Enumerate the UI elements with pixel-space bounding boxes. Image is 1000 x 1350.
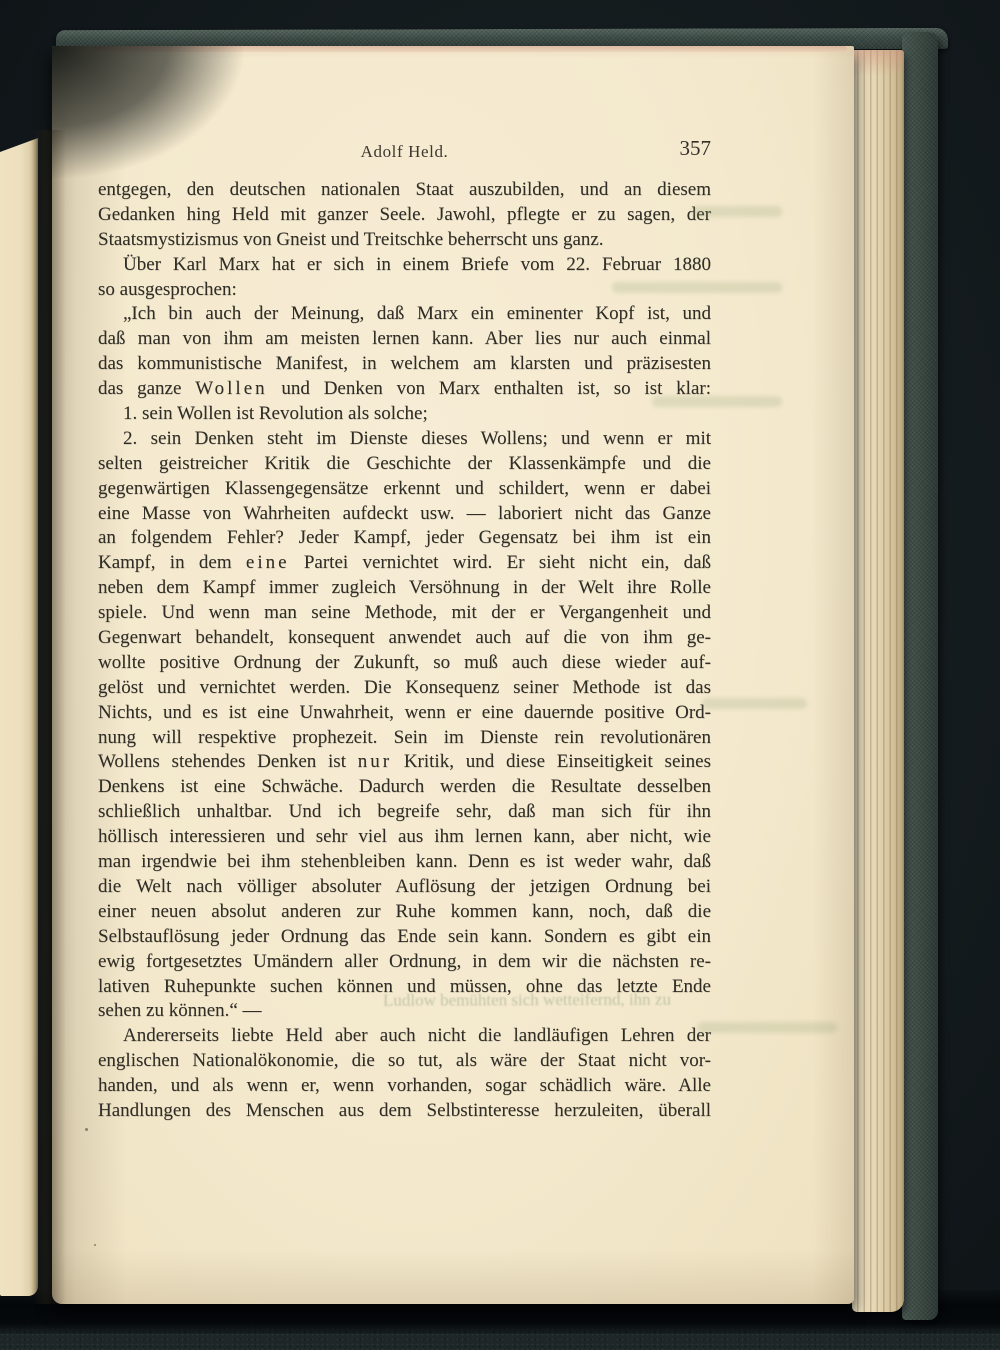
text-line: Andererseits liebte Held aber auch nicht…: [98, 1024, 711, 1049]
bleedthrough-smudge: [652, 396, 782, 407]
text-line: Nichts, und es ist eine Unwahrheit, wenn…: [98, 701, 711, 726]
text-line: ewig fortgesetztes Umändern aller Ordnun…: [98, 950, 711, 975]
text-line: 2. sein Denken steht im Dienste dieses W…: [98, 427, 711, 452]
text-line: handen, und als wenn er, wenn vorhanden,…: [98, 1074, 711, 1099]
text-line: gegenwärtigen Klassengegensätze erkennt …: [98, 477, 711, 502]
body-text: entgegen, den deutschen nationalen Staat…: [98, 178, 711, 1124]
text-line: neben dem Kampf immer zugleich Versöhnun…: [98, 576, 711, 601]
gutter-shadow: [32, 130, 66, 1304]
ink-speck: [94, 1244, 96, 1246]
text-line: Kampf, in dem eine Partei vernichtet wir…: [98, 551, 711, 576]
page-stack-fore-edge: [852, 50, 904, 1312]
page-number: 357: [98, 136, 711, 161]
text-line: wollte positive Ordnung der Zukunft, so …: [98, 651, 711, 676]
text-line: Staatsmystizismus von Gneist und Treitsc…: [98, 228, 711, 253]
text-line: Gegenwart behandelt, konsequent anwendet…: [98, 626, 711, 651]
bleedthrough-smudge: [702, 698, 807, 709]
bleedthrough-text: Ludlow bemühten sich wetteifernd, ihn zu: [383, 989, 813, 1011]
text-line: „Ich bin auch der Meinung, daß Marx ein …: [98, 302, 711, 327]
text-line: 1. sein Wollen ist Revolution als solche…: [98, 402, 711, 427]
text-line: eine Masse von Wahrheiten aufdeckt usw. …: [98, 502, 711, 527]
text-line: Über Karl Marx hat er sich in einem Brie…: [98, 253, 711, 278]
book-cover-right-edge: [902, 32, 938, 1320]
text-line: die Welt nach völliger absoluter Auflösu…: [98, 875, 711, 900]
text-line: selten geistreicher Kritik die Geschicht…: [98, 452, 711, 477]
text-line: Wollens stehendes Denken ist nur Kritik,…: [98, 750, 711, 775]
bleedthrough-smudge: [612, 282, 782, 293]
scanned-book-photo: Adolf Held. 357 entgegen, den deutschen …: [0, 0, 1000, 1350]
text-line: schließlich unhaltbar. Und ich begreife …: [98, 800, 711, 825]
text-line: das kommunistische Manifest, in welchem …: [98, 352, 711, 377]
text-line: gelöst und vernichtet werden. Die Konseq…: [98, 676, 711, 701]
text-line: spiele. Und wenn man seine Methode, mit …: [98, 601, 711, 626]
text-line: Gedanken hing Held mit ganzer Seele. Jaw…: [98, 203, 711, 228]
text-line: daß man von ihm am meisten lernen kann. …: [98, 327, 711, 352]
ink-speck: [85, 1128, 88, 1131]
text-line: das ganze Wollen und Denken von Marx ent…: [98, 377, 711, 402]
text-line: Selbstauflösung jeder Ordnung das Ende s…: [98, 925, 711, 950]
bleedthrough-smudge: [692, 206, 782, 217]
book-page: Adolf Held. 357 entgegen, den deutschen …: [52, 46, 854, 1304]
bleedthrough-smudge: [697, 1022, 837, 1033]
text-line: Handlungen des Menschen aus dem Selbstin…: [98, 1099, 711, 1124]
text-line: Denkens ist eine Schwäche. Dadurch werde…: [98, 775, 711, 800]
text-line: an folgendem Fehler? Jeder Kampf, jeder …: [98, 526, 711, 551]
text-line: entgegen, den deutschen nationalen Staat…: [98, 178, 711, 203]
text-line: einer neuen absolut anderen zur Ruhe kom…: [98, 900, 711, 925]
text-line: englischen Nationalökonomie, die so tut,…: [98, 1049, 711, 1074]
text-line: höllisch interessieren und sehr viel aus…: [98, 825, 711, 850]
text-line: man irgendwie bei ihm stehenbleiben kann…: [98, 850, 711, 875]
text-line: nung will respektive prophezeit. Sein im…: [98, 726, 711, 751]
